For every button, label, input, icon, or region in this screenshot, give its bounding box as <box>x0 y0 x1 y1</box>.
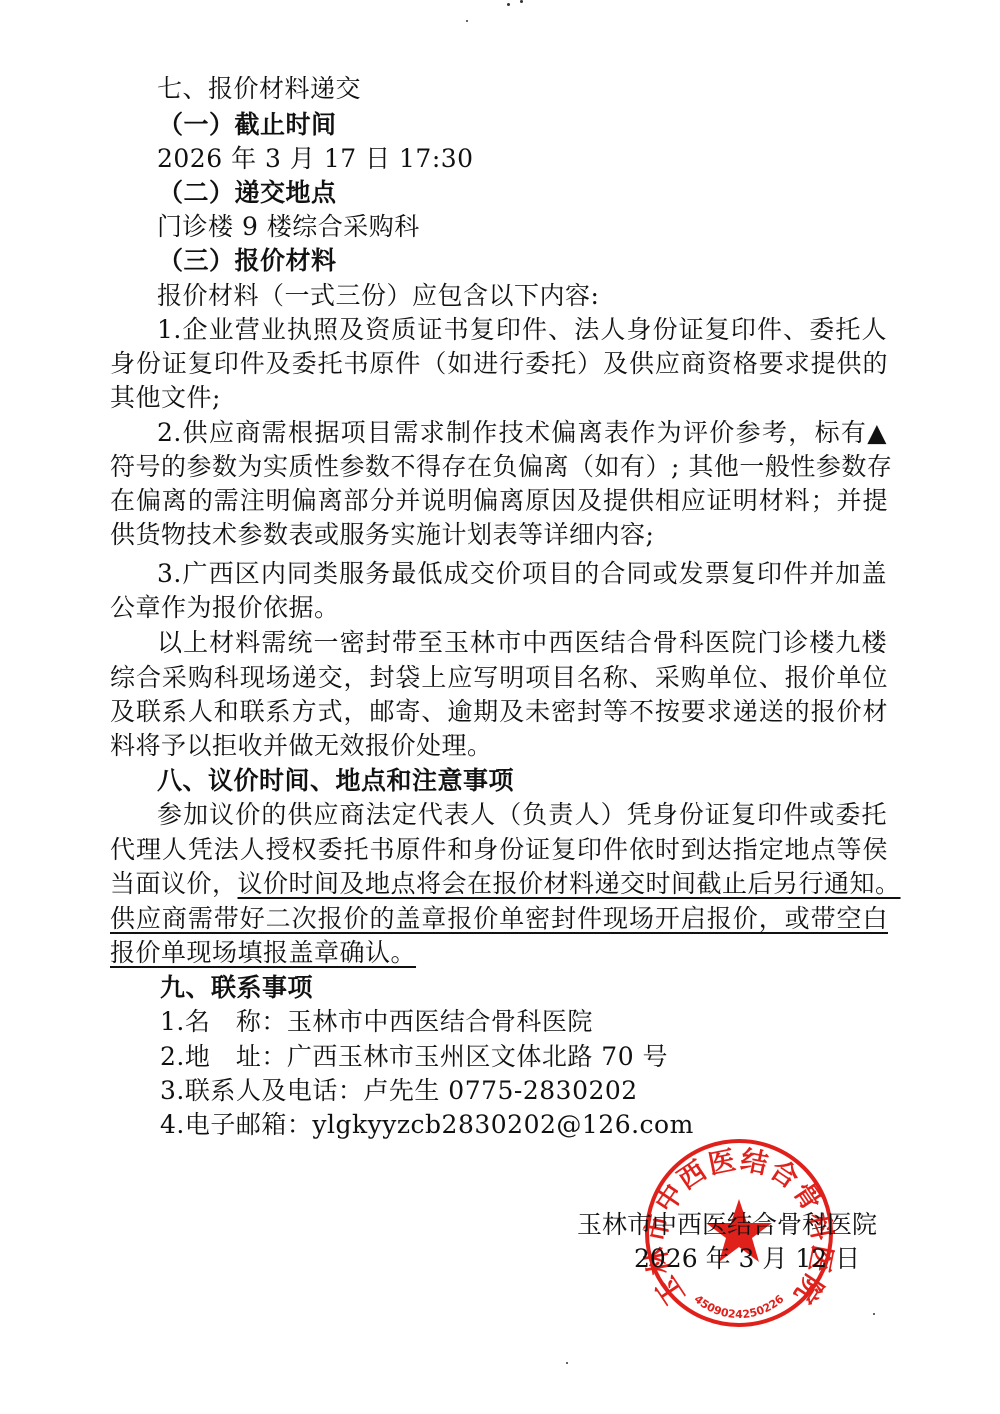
deadline-text: 2026 年 3 月 17 日 17:30 <box>157 144 474 174</box>
item2-line4: 供货物技术参数表或服务实施计划表等详细内容; <box>110 520 654 550</box>
signature-org: 玉林市中西医结合骨科医院 <box>577 1210 877 1240</box>
item2-line2: 符号的参数为实质性参数不得存在负偏离（如有）; 其他一般性参数存 <box>110 452 888 482</box>
materials-intro: 报价材料（一式三份）应包含以下内容: <box>157 281 599 311</box>
item2-line1: 2.供应商需根据项目需求制作技术偏离表作为评价参考，标有▲ <box>157 418 887 448</box>
note-line1: 以上材料需统一密封带至玉林市中西医结合骨科医院门诊楼九楼 <box>157 628 887 658</box>
section8-notice-underlined: 议价时间及地点将会在报价材料递交时间截止后另行通知。 <box>238 869 901 898</box>
item3-line2: 公章作为报价依据。 <box>110 593 340 623</box>
section9-heading: 九、联系事项 <box>160 973 313 1003</box>
item3-line1: 3.广西区内同类服务最低成交价项目的合同或发票复印件并加盖 <box>157 559 887 589</box>
scan-speck <box>507 3 510 6</box>
section8-line2: 代理人凭法人授权委托书原件和身份证复印件依时到达指定地点等侯 <box>110 835 888 865</box>
item2-line3: 在偏离的需注明偏离部分并说明偏离原因及提供相应证明材料；并提 <box>110 486 888 516</box>
section8-line1: 参加议价的供应商法定代表人（负责人）凭身份证复印件或委托 <box>157 800 887 830</box>
section8-line3: 当面议价，议价时间及地点将会在报价材料递交时间截止后另行通知。 <box>110 869 901 899</box>
sub2-heading: （二）递交地点 <box>158 178 337 208</box>
section8-line3-prefix: 当面议价， <box>110 869 238 898</box>
item1-line1: 1.企业营业执照及资质证书复印件、法人身份证复印件、委托人 <box>157 315 887 345</box>
scan-speck <box>520 0 523 3</box>
sub1-heading: （一）截止时间 <box>158 110 337 140</box>
note-line3: 及联系人和联系方式，邮寄、逾期及未密封等不按要求递送的报价材 <box>110 697 888 727</box>
section8-heading: 八、议价时间、地点和注意事项 <box>157 766 514 796</box>
scan-speck <box>566 1362 568 1364</box>
sub3-heading: （三）报价材料 <box>158 246 337 276</box>
scan-speck <box>873 1313 875 1315</box>
location-text: 门诊楼 9 楼综合采购科 <box>157 212 420 242</box>
scan-speck <box>466 20 468 22</box>
contact-phone: 3.联系人及电话：卢先生 0775-2830202 <box>160 1076 638 1106</box>
section8-underlined-line1: 供应商需带好二次报价的盖章报价单密封件现场开启报价，或带空白 <box>110 904 888 934</box>
contact-name: 1.名 称：玉林市中西医结合骨科医院 <box>160 1007 593 1037</box>
item1-line3: 其他文件; <box>110 383 221 413</box>
contact-email: 4.电子邮箱：ylgkyyzcb2830202@126.com <box>160 1110 694 1140</box>
document-page: 七、报价材料递交 （一）截止时间 2026 年 3 月 17 日 17:30 （… <box>0 0 1000 1414</box>
signature-date: 2026 年 3 月 12 日 <box>634 1244 860 1274</box>
item1-line2: 身份证复印件及委托书原件（如进行委托）及供应商资格要求提供的 <box>110 349 888 379</box>
note-line4: 料将予以拒收并做无效报价处理。 <box>110 731 493 761</box>
section7-heading: 七、报价材料递交 <box>157 74 361 104</box>
contact-address: 2.地 址：广西玉林市玉州区文体北路 70 号 <box>160 1042 668 1072</box>
section8-underlined-line2: 报价单现场填报盖章确认。 <box>110 938 416 968</box>
note-line2: 综合采购科现场递交，封袋上应写明项目名称、采购单位、报价单位 <box>110 663 888 693</box>
